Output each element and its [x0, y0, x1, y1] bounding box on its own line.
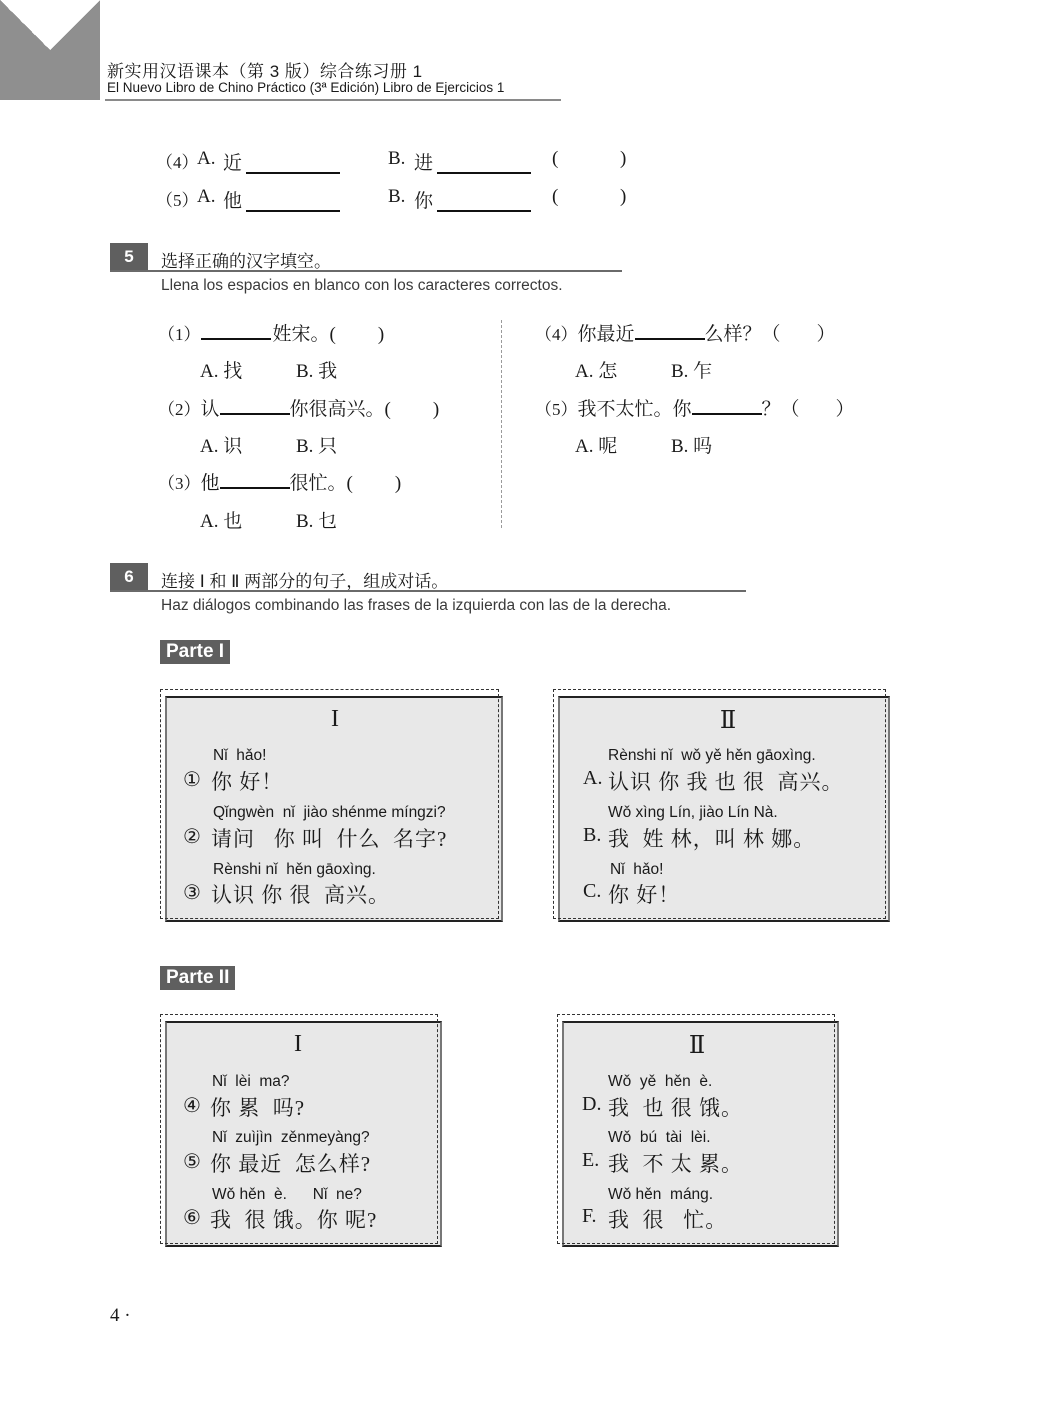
item-marker[interactable]: C. [583, 880, 601, 903]
hanzi-line: 你 累 吗? [210, 1092, 305, 1122]
option-b-label: B. [388, 148, 405, 170]
pinyin-line: Wǒ bú tài lèi. [608, 1129, 711, 1147]
fill-blank[interactable] [220, 395, 290, 415]
hanzi-line: 我 很 忙。 [608, 1204, 727, 1234]
item-marker[interactable]: ⑥ [183, 1205, 201, 1230]
pinyin-line: Nǐ hǎo! [610, 861, 663, 879]
question-5: （5）我不太忙。你？（） [535, 394, 855, 421]
option-a-blank[interactable] [246, 210, 340, 212]
question-1-option-b[interactable]: B. 我 [296, 356, 337, 383]
column-heading: Ⅱ [557, 1031, 837, 1060]
option-a-char: 他 [223, 186, 242, 213]
pinyin-line: Wǒ yě hěn è. [608, 1073, 712, 1091]
book-title-spanish: El Nuevo Libro de Chino Práctico (3ª Edi… [107, 80, 504, 95]
question-2: （2）认你很高兴。() [158, 394, 439, 421]
question-number: （4） [535, 325, 578, 344]
section-title: 连接 Ⅰ 和 Ⅱ 两部分的句子，组成对话。 [161, 567, 448, 592]
section-rule [110, 590, 746, 592]
question-number: （5） [535, 400, 578, 419]
item-marker[interactable]: ② [183, 824, 201, 849]
answer-slot[interactable] [562, 186, 618, 210]
question-number: （1） [158, 325, 201, 344]
question-4-option-a[interactable]: A. 怎 [575, 356, 617, 383]
section-subtitle: Llena los espacios en blanco con los car… [161, 277, 563, 295]
item-marker[interactable]: D. [582, 1093, 601, 1116]
item-number: （4） [156, 148, 199, 173]
corner-decoration-fill [0, 0, 100, 100]
exercise4-row-5: （5） A. 他 B. 你 ( ) [156, 186, 656, 212]
pinyin-line: Nǐ zuìjìn zěnmeyàng? [212, 1129, 370, 1147]
section-subtitle: Haz diálogos combinando las frases de la… [161, 597, 671, 615]
item-marker[interactable]: ④ [183, 1093, 201, 1118]
hanzi-line: 你 最近 怎么样? [210, 1148, 371, 1178]
hanzi-line: 请问 你 叫 什么 名字? [211, 823, 447, 853]
question-number: （3） [158, 474, 201, 493]
item-marker[interactable]: ⑤ [183, 1149, 201, 1174]
paren-close: ) [378, 324, 384, 345]
part-label: Parte I [160, 640, 230, 664]
pinyin-line: Rènshi nǐ wǒ yě hěn gāoxìng. [608, 747, 816, 765]
section-number-badge: 6 [110, 563, 148, 591]
option-a-char: 近 [223, 148, 242, 175]
option-a-label: A. [197, 186, 215, 208]
question-1-option-a[interactable]: A. 找 [200, 356, 242, 383]
question-before: 他 [201, 473, 220, 494]
answer-paren-close: ) [620, 148, 626, 170]
dialogue-box-part1-column1: I Nǐ hǎo! ① 你 好！ Qǐngwèn nǐ jiào shénme … [160, 689, 503, 925]
answer-slot[interactable] [562, 148, 618, 172]
question-before: 我不太忙。你 [578, 399, 692, 420]
question-before: 你最近 [578, 324, 635, 345]
fill-blank[interactable] [220, 469, 290, 489]
pinyin-line: Nǐ hǎo! [213, 747, 266, 765]
option-a-blank[interactable] [246, 172, 340, 174]
option-a-label: A. [197, 148, 215, 170]
item-marker[interactable]: ③ [183, 880, 201, 905]
option-b-char: 进 [414, 148, 433, 175]
pinyin-line: Wǒ hěn máng. [608, 1186, 713, 1204]
pinyin-line: Rènshi nǐ hěn gāoxìng. [213, 861, 376, 879]
option-b-blank[interactable] [437, 210, 531, 212]
column-heading: I [160, 706, 510, 733]
item-number: （5） [156, 186, 199, 211]
question-5-option-b[interactable]: B. 吗 [671, 431, 712, 458]
question-2-option-a[interactable]: A. 识 [200, 431, 242, 458]
fill-blank[interactable] [692, 395, 762, 415]
question-text: 么样？（ [705, 324, 781, 345]
page-number: 4 · [110, 1305, 131, 1327]
question-4-option-b[interactable]: B. 乍 [671, 356, 712, 383]
hanzi-line: 我 也 很 饿。 [608, 1092, 743, 1122]
option-b-blank[interactable] [437, 172, 531, 174]
hanzi-line: 你 好！ [211, 766, 283, 796]
part-label: Parte II [160, 966, 235, 990]
hanzi-line: 认识 你 我 也 很 高兴。 [608, 766, 844, 796]
item-marker[interactable]: ① [183, 767, 201, 792]
paren-close: ) [395, 473, 401, 494]
column-heading: I [160, 1031, 436, 1058]
exercise4-row-4: （4） A. 近 B. 进 ( ) [156, 148, 656, 174]
hanzi-line: 你 好！ [608, 879, 680, 909]
question-text: 姓宋。( [273, 324, 336, 345]
question-5-option-a[interactable]: A. 呢 [575, 431, 617, 458]
column-heading: Ⅱ [553, 706, 903, 735]
answer-paren-close: ) [620, 186, 626, 208]
column-divider [501, 320, 502, 528]
question-text: 你很高兴。( [290, 399, 391, 420]
question-text: ？（ [762, 399, 800, 420]
paren-close: ） [817, 324, 836, 345]
fill-blank[interactable] [635, 320, 705, 340]
dialogue-box-part2-column1: I Nǐ lèi ma? ④ 你 累 吗? Nǐ zuìjìn zěnmeyàn… [160, 1014, 442, 1250]
question-4: （4）你最近么样？（） [535, 319, 836, 346]
pinyin-line: Nǐ lèi ma? [212, 1073, 290, 1091]
item-marker[interactable]: A. [583, 767, 602, 790]
question-before: 认 [201, 399, 220, 420]
question-2-option-b[interactable]: B. 只 [296, 431, 337, 458]
section-number-badge: 5 [110, 243, 148, 271]
question-text: 很忙。( [290, 473, 353, 494]
answer-paren-open: ( [552, 186, 558, 208]
item-marker[interactable]: B. [583, 824, 601, 847]
question-1: （1）姓宋。() [158, 319, 384, 346]
hanzi-line: 我 姓 林，叫 林 娜。 [608, 823, 815, 853]
book-title-chinese: 新实用汉语课本（第 3 版）综合练习册 1 [107, 57, 423, 82]
question-3-option-a[interactable]: A. 也 [200, 506, 242, 533]
header-rule [105, 99, 561, 101]
question-3-option-b[interactable]: B. 乜 [296, 506, 337, 533]
question-number: （2） [158, 400, 201, 419]
item-marker[interactable]: F. [582, 1205, 597, 1228]
hanzi-line: 我 很 饿。你 呢? [210, 1204, 377, 1234]
paren-close: ） [836, 399, 855, 420]
hanzi-line: 我 不 太 累。 [608, 1148, 743, 1178]
paren-close: ) [433, 399, 439, 420]
option-b-label: B. [388, 186, 405, 208]
hanzi-line: 认识 你 很 高兴。 [211, 879, 390, 909]
dialogue-box-part1-column2: Ⅱ Rènshi nǐ wǒ yě hěn gāoxìng. A. 认识 你 我… [553, 689, 890, 925]
section-title: 选择正确的汉字填空。 [161, 247, 331, 272]
fill-blank[interactable] [201, 320, 271, 340]
dialogue-box-part2-column2: Ⅱ Wǒ yě hěn è. D. 我 也 很 饿。 Wǒ bú tài lèi… [557, 1014, 839, 1250]
section-rule [110, 270, 622, 272]
pinyin-line: Wǒ hěn è. Nǐ ne? [212, 1186, 362, 1204]
answer-paren-open: ( [552, 148, 558, 170]
pinyin-line: Wǒ xìng Lín, jiào Lín Nà. [608, 804, 778, 822]
item-marker[interactable]: E. [582, 1149, 599, 1172]
question-3: （3）他很忙。() [158, 468, 401, 495]
option-b-char: 你 [414, 186, 433, 213]
pinyin-line: Qǐngwèn nǐ jiào shénme míngzi? [213, 804, 446, 822]
